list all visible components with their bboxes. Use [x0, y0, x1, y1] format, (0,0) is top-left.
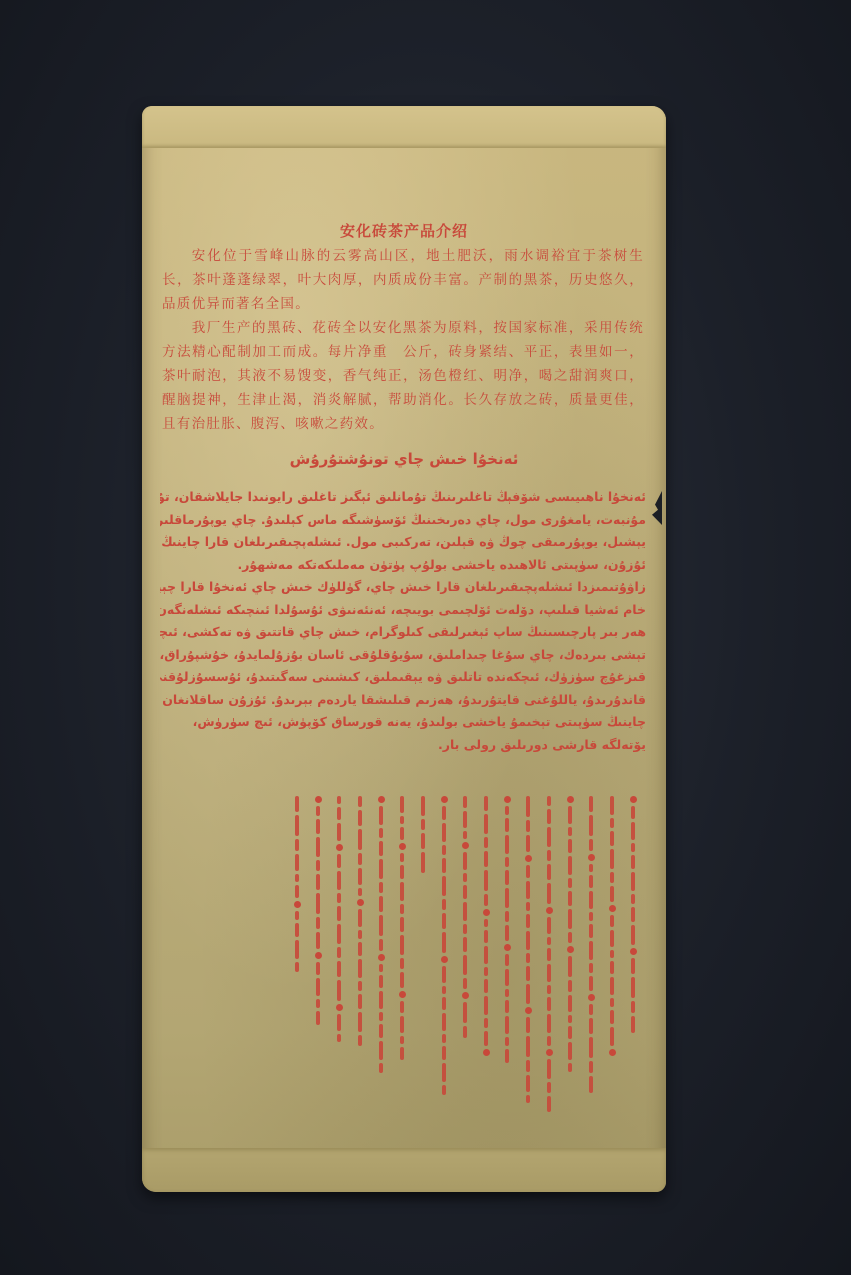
mongolian-glyph — [316, 932, 320, 949]
mongolian-glyph — [589, 839, 593, 851]
uyghur-line: ئۇزۇن، سۈپىتى ئالاھىدە ياخشى بولۇپ پۈتۈن… — [160, 554, 646, 577]
mongolian-glyph — [610, 818, 614, 828]
mongolian-glyph — [526, 820, 530, 832]
mongolian-glyph — [358, 994, 362, 1009]
mongolian-glyph — [589, 912, 593, 921]
mongolian-glyph — [316, 837, 320, 857]
mongolian-glyph — [631, 806, 635, 819]
mongolian-glyph — [526, 865, 530, 878]
mongolian-glyph — [589, 796, 593, 812]
mongolian-column — [479, 796, 493, 1136]
mongolian-glyph — [484, 796, 488, 811]
mongolian-glyph — [441, 956, 448, 963]
mongolian-glyph — [526, 914, 530, 928]
mongolian-glyph — [483, 1049, 490, 1056]
mongolian-glyph — [379, 1063, 383, 1073]
uyghur-line: ھەر بىر پارچىسىنىڭ ساپ ئېغىرلىقى كىلوگرا… — [160, 621, 646, 644]
mongolian-glyph — [484, 870, 488, 891]
mongolian-glyph — [316, 819, 320, 834]
mongolian-glyph — [526, 796, 530, 817]
mongolian-glyph — [463, 885, 467, 899]
mongolian-column — [395, 796, 409, 1136]
mongolian-glyph — [463, 831, 467, 839]
mongolian-glyph — [505, 954, 509, 966]
mongolian-glyph — [526, 1075, 530, 1092]
mongolian-glyph — [337, 871, 341, 890]
mongolian-glyph — [358, 810, 362, 826]
mongolian-glyph — [484, 814, 488, 834]
mongolian-glyph — [379, 991, 383, 1009]
mongolian-glyph — [463, 937, 467, 952]
mongolian-glyph — [421, 833, 425, 849]
mongolian-glyph — [400, 882, 404, 901]
mongolian-column — [563, 796, 577, 1136]
mongolian-glyph — [337, 823, 341, 841]
mongolian-glyph — [442, 966, 446, 983]
mongolian-glyph — [399, 843, 406, 850]
uyghur-title: ئەنخۇا خىش چاي تونۇشتۇرۇش — [142, 450, 666, 468]
mongolian-glyph — [568, 980, 572, 992]
uyghur-line: قىزغۇچ سۈزۈك، ئىچكەندە تاتلىق ۋە يېقىملى… — [160, 666, 646, 689]
mongolian-glyph — [400, 865, 404, 879]
mongolian-glyph — [400, 827, 404, 840]
uyghur-line: چاينىڭ سۈپىتى تېخىمۇ ياخشى بولىدۇ، يەنە … — [160, 711, 646, 734]
mongolian-column — [500, 796, 514, 1136]
mongolian-glyph — [295, 911, 299, 920]
mongolian-glyph — [505, 989, 509, 997]
mongolian-glyph — [547, 850, 551, 861]
mongolian-glyph — [337, 961, 341, 977]
mongolian-glyph — [484, 967, 488, 976]
mongolian-glyph — [568, 891, 572, 906]
mongolian-glyph — [610, 1027, 614, 1046]
mongolian-glyph — [421, 819, 425, 830]
mongolian-glyph — [504, 796, 511, 803]
mongolian-glyph — [568, 1015, 572, 1023]
mongolian-glyph — [610, 977, 614, 995]
mongolian-glyph — [568, 1026, 572, 1039]
mongolian-glyph — [484, 979, 488, 993]
mongolian-glyph — [631, 855, 635, 869]
mongolian-glyph — [378, 796, 385, 803]
mongolian-glyph — [400, 1001, 404, 1013]
mongolian-glyph — [358, 796, 362, 807]
mongolian-glyph — [631, 977, 635, 998]
mongolian-glyph — [589, 815, 593, 836]
mongolian-glyph — [337, 893, 341, 903]
mongolian-glyph — [337, 1034, 341, 1042]
mongolian-glyph — [610, 930, 614, 947]
mongolian-glyph — [337, 807, 341, 820]
mongolian-glyph — [505, 888, 509, 908]
mongolian-glyph — [547, 937, 551, 945]
mongolian-glyph — [463, 955, 467, 975]
mongolian-glyph — [483, 909, 490, 916]
mongolian-glyph — [315, 952, 322, 959]
mongolian-glyph — [609, 1049, 616, 1056]
mongolian-glyph — [400, 796, 404, 813]
mongolian-glyph — [484, 996, 488, 1015]
mongolian-glyph — [610, 961, 614, 974]
chinese-paragraph-2: 我厂生产的黑砖、花砖全以安化黑茶为原料，按国家标准，采用传统方法精心配制加工而成… — [162, 316, 644, 436]
mongolian-glyph — [505, 806, 509, 815]
mongolian-glyph — [631, 958, 635, 974]
mongolian-column — [416, 796, 430, 1136]
mongolian-glyph — [463, 811, 467, 828]
mongolian-glyph — [463, 924, 467, 934]
mongolian-glyph — [379, 939, 383, 951]
mongolian-glyph — [526, 1036, 530, 1057]
mongolian-glyph — [610, 950, 614, 958]
mongolian-glyph — [379, 859, 383, 879]
mongolian-glyph — [400, 958, 404, 969]
mongolian-glyph — [442, 986, 446, 994]
mongolian-glyph — [610, 886, 614, 902]
mongolian-glyph — [589, 941, 593, 960]
mongolian-glyph — [358, 868, 362, 885]
mongolian-glyph — [378, 954, 385, 961]
mongolian-glyph — [589, 1037, 593, 1058]
mongolian-glyph — [295, 874, 299, 882]
mongolian-glyph — [505, 925, 509, 941]
mongolian-glyph — [442, 913, 446, 929]
mongolian-glyph — [568, 956, 572, 977]
mongolian-glyph — [295, 839, 299, 851]
mongolian-glyph — [610, 796, 614, 815]
mongolian-column — [626, 796, 640, 1136]
mongolian-glyph — [379, 975, 383, 988]
mongolian-glyph — [610, 831, 614, 846]
mongolian-glyph — [316, 962, 320, 975]
mongolian-glyph — [484, 837, 488, 848]
mongolian-glyph — [421, 796, 425, 816]
mongolian-glyph — [484, 851, 488, 867]
mongolian-glyph — [463, 1026, 467, 1038]
mongolian-glyph — [610, 849, 614, 869]
uyghur-line: يۆتەلگە قارشى دورىلىق رولى بار. — [160, 734, 646, 757]
mongolian-glyph — [589, 864, 593, 872]
mongolian-vertical-text — [210, 796, 640, 1136]
mongolian-glyph — [505, 818, 509, 832]
mongolian-glyph — [400, 853, 404, 862]
mongolian-glyph — [400, 1036, 404, 1044]
mongolian-glyph — [631, 822, 635, 840]
mongolian-glyph — [379, 806, 383, 825]
mongolian-glyph — [631, 843, 635, 852]
mongolian-glyph — [358, 981, 362, 991]
mongolian-glyph — [505, 1000, 509, 1013]
mongolian-glyph — [631, 872, 635, 891]
mongolian-glyph — [463, 873, 467, 882]
mongolian-glyph — [379, 964, 383, 972]
mongolian-glyph — [400, 972, 404, 988]
mongolian-glyph — [400, 917, 404, 932]
paper-tear — [652, 491, 662, 525]
mongolian-glyph — [568, 909, 572, 929]
mongolian-glyph — [316, 860, 320, 871]
mongolian-glyph — [295, 940, 299, 959]
uyghur-line: يېشىل، يوپۇرمىقى چوڭ ۋە قېلىن، تەركىبى م… — [160, 531, 646, 554]
mongolian-glyph — [567, 796, 574, 803]
mongolian-glyph — [295, 854, 299, 871]
mongolian-glyph — [294, 901, 301, 908]
top-fold — [142, 106, 666, 148]
mongolian-glyph — [379, 882, 383, 893]
mongolian-glyph — [379, 1024, 383, 1038]
mongolian-glyph — [421, 852, 425, 873]
mongolian-glyph — [484, 1031, 488, 1046]
mongolian-glyph — [336, 1004, 343, 1011]
mongolian-glyph — [568, 856, 572, 875]
mongolian-glyph — [631, 925, 635, 945]
mongolian-glyph — [484, 1018, 488, 1028]
mongolian-glyph — [358, 1012, 362, 1032]
mongolian-glyph — [400, 816, 404, 824]
mongolian-glyph — [442, 997, 446, 1010]
mongolian-glyph — [337, 1014, 341, 1031]
mongolian-glyph — [379, 915, 383, 936]
mongolian-glyph — [631, 1001, 635, 1013]
mongolian-glyph — [442, 806, 446, 820]
mongolian-glyph — [610, 872, 614, 883]
mongolian-glyph — [526, 835, 530, 852]
mongolian-glyph — [295, 923, 299, 937]
chinese-description: 安化位于雪峰山脉的云雾高山区，地土肥沃，雨水调裕宜于茶树生长，茶叶蓬蓬绿翠，叶大… — [162, 244, 644, 436]
mongolian-glyph — [526, 931, 530, 950]
mongolian-glyph — [588, 994, 595, 1001]
mongolian-glyph — [295, 815, 299, 836]
mongolian-glyph — [630, 796, 637, 803]
mongolian-glyph — [589, 875, 593, 888]
mongolian-glyph — [568, 932, 572, 943]
chinese-paragraph-1: 安化位于雪峰山脉的云雾高山区，地土肥沃，雨水调裕宜于茶树生长，茶叶蓬蓬绿翠，叶大… — [162, 244, 644, 316]
mongolian-glyph — [589, 1018, 593, 1034]
uyghur-description: ئەنخۇا ناھىيىسى شۆفېڭ تاغلىرىنىڭ تۇمانلى… — [160, 486, 646, 756]
mongolian-glyph — [505, 1037, 509, 1046]
mongolian-glyph — [589, 1061, 593, 1073]
mongolian-glyph — [400, 1016, 404, 1033]
mongolian-glyph — [358, 829, 362, 850]
mongolian-glyph — [442, 858, 446, 873]
mongolian-glyph — [547, 964, 551, 982]
mongolian-glyph — [526, 1060, 530, 1072]
mongolian-glyph — [547, 1036, 551, 1046]
mongolian-glyph — [442, 932, 446, 953]
mongolian-glyph — [547, 1014, 551, 1033]
mongolian-glyph — [357, 899, 364, 906]
mongolian-glyph — [484, 946, 488, 964]
mongolian-glyph — [379, 828, 383, 838]
mongolian-glyph — [589, 976, 593, 991]
mongolian-glyph — [505, 1016, 509, 1034]
mongolian-glyph — [484, 930, 488, 943]
mongolian-glyph — [316, 978, 320, 996]
mongolian-glyph — [630, 948, 637, 955]
mongolian-column — [542, 796, 556, 1136]
mongolian-column — [584, 796, 598, 1136]
mongolian-column — [311, 796, 325, 1136]
mongolian-glyph — [567, 946, 574, 953]
mongolian-glyph — [337, 906, 341, 921]
mongolian-glyph — [358, 930, 362, 939]
mongolian-glyph — [610, 1010, 614, 1024]
mongolian-glyph — [589, 924, 593, 938]
mongolian-glyph — [610, 998, 614, 1007]
mongolian-column — [605, 796, 619, 1136]
mongolian-glyph — [399, 991, 406, 998]
uyghur-line: مۇنبەت، يامغۇرى مول، چاي دەرىخىنىڭ ئۆسۈش… — [160, 509, 646, 532]
mongolian-glyph — [568, 839, 572, 853]
mongolian-glyph — [442, 845, 446, 855]
mongolian-column — [521, 796, 535, 1136]
bottom-fold — [142, 1148, 666, 1192]
mongolian-glyph — [525, 1007, 532, 1014]
mongolian-column — [353, 796, 367, 1136]
mongolian-glyph — [526, 953, 530, 963]
mongolian-glyph — [295, 796, 299, 812]
mongolian-glyph — [337, 854, 341, 868]
mongolian-glyph — [295, 885, 299, 898]
mongolian-glyph — [442, 1085, 446, 1095]
mongolian-glyph — [379, 1012, 383, 1021]
mongolian-column — [437, 796, 451, 1136]
uyghur-line: ئەنخۇا ناھىيىسى شۆفېڭ تاغلىرىنىڭ تۇمانلى… — [160, 486, 646, 509]
mongolian-glyph — [379, 841, 383, 856]
mongolian-column — [374, 796, 388, 1136]
mongolian-glyph — [316, 999, 320, 1008]
mongolian-glyph — [442, 1034, 446, 1043]
mongolian-glyph — [609, 905, 616, 912]
mongolian-glyph — [526, 902, 530, 911]
mongolian-glyph — [463, 1002, 467, 1023]
mongolian-glyph — [504, 944, 511, 951]
mongolian-glyph — [400, 935, 404, 955]
mongolian-glyph — [462, 992, 469, 999]
mongolian-glyph — [484, 894, 488, 906]
mongolian-glyph — [547, 985, 551, 994]
uyghur-line: قاندۇرىدۇ، ياللۇغنى قايتۇرىدۇ، ھەزىم قىل… — [160, 689, 646, 712]
mongolian-glyph — [547, 796, 551, 806]
mongolian-glyph — [316, 893, 320, 914]
mongolian-glyph — [295, 962, 299, 972]
mongolian-glyph — [568, 878, 572, 888]
mongolian-glyph — [589, 1076, 593, 1093]
mongolian-glyph — [379, 896, 383, 912]
mongolian-glyph — [463, 796, 467, 808]
mongolian-glyph — [547, 1082, 551, 1093]
mongolian-glyph — [568, 1042, 572, 1060]
mongolian-glyph — [547, 809, 551, 824]
mongolian-glyph — [379, 1041, 383, 1060]
uyghur-line: تېشى بىردەك، چاي سۇغا چىداملىق، سۇيۇقلۇق… — [160, 644, 646, 667]
mongolian-glyph — [589, 891, 593, 909]
mongolian-glyph — [316, 874, 320, 890]
mongolian-glyph — [547, 827, 551, 847]
mongolian-glyph — [442, 1046, 446, 1060]
mongolian-glyph — [316, 917, 320, 929]
mongolian-glyph — [568, 827, 572, 836]
mongolian-glyph — [547, 997, 551, 1011]
mongolian-glyph — [589, 963, 593, 973]
mongolian-glyph — [526, 966, 530, 981]
mongolian-glyph — [526, 1095, 530, 1103]
mongolian-glyph — [547, 864, 551, 880]
mongolian-glyph — [568, 1063, 572, 1072]
mongolian-glyph — [568, 806, 572, 824]
mongolian-glyph — [547, 1096, 551, 1112]
mongolian-glyph — [505, 835, 509, 854]
mongolian-glyph — [400, 1047, 404, 1060]
mongolian-glyph — [358, 1035, 362, 1046]
chinese-title: 安化砖茶产品介绍 — [142, 220, 666, 241]
mongolian-glyph — [546, 1049, 553, 1056]
mongolian-glyph — [547, 917, 551, 934]
mongolian-column — [332, 796, 346, 1136]
mongolian-glyph — [547, 883, 551, 904]
mongolian-glyph — [358, 853, 362, 865]
mongolian-glyph — [546, 907, 553, 914]
mongolian-glyph — [631, 907, 635, 922]
mongolian-glyph — [505, 969, 509, 986]
mongolian-glyph — [337, 980, 341, 1001]
mongolian-glyph — [442, 876, 446, 896]
mongolian-glyph — [315, 796, 322, 803]
mongolian-column — [290, 796, 304, 1136]
mongolian-glyph — [505, 870, 509, 885]
mongolian-glyph — [588, 854, 595, 861]
mongolian-glyph — [526, 881, 530, 899]
mongolian-glyph — [505, 857, 509, 867]
mongolian-glyph — [336, 844, 343, 851]
mongolian-glyph — [525, 855, 532, 862]
mongolian-glyph — [463, 852, 467, 870]
mongolian-glyph — [463, 978, 467, 989]
mongolian-glyph — [505, 1049, 509, 1063]
mongolian-glyph — [316, 806, 320, 816]
mongolian-glyph — [442, 1013, 446, 1031]
mongolian-glyph — [358, 909, 362, 927]
mongolian-glyph — [547, 948, 551, 961]
mongolian-glyph — [505, 911, 509, 922]
mongolian-glyph — [526, 1017, 530, 1033]
mongolian-glyph — [589, 1004, 593, 1015]
mongolian-glyph — [337, 924, 341, 944]
mongolian-glyph — [568, 995, 572, 1012]
mongolian-glyph — [358, 942, 362, 956]
mongolian-column — [458, 796, 472, 1136]
mongolian-glyph — [337, 947, 341, 958]
mongolian-glyph — [463, 902, 467, 921]
mongolian-glyph — [316, 1011, 320, 1025]
mongolian-glyph — [526, 984, 530, 1004]
mongolian-glyph — [610, 915, 614, 927]
mongolian-glyph — [358, 888, 362, 896]
mongolian-glyph — [337, 796, 341, 804]
mongolian-glyph — [631, 1016, 635, 1033]
mongolian-glyph — [442, 899, 446, 910]
mongolian-glyph — [442, 1063, 446, 1082]
mongolian-glyph — [462, 842, 469, 849]
mongolian-glyph — [441, 796, 448, 803]
uyghur-line: خام ئەشيا قىلىپ، دۆلەت ئۆلچىمى بويىچە، ئ… — [160, 599, 646, 622]
mongolian-glyph — [400, 904, 404, 914]
mongolian-glyph — [484, 919, 488, 927]
mongolian-glyph — [631, 894, 635, 904]
uyghur-line: زاۋۇتىمىزدا ئىشلەپچىقىرىلغان قارا خىش چا… — [160, 576, 646, 599]
mongolian-glyph — [442, 823, 446, 842]
mongolian-glyph — [358, 959, 362, 978]
mongolian-glyph — [547, 1059, 551, 1079]
